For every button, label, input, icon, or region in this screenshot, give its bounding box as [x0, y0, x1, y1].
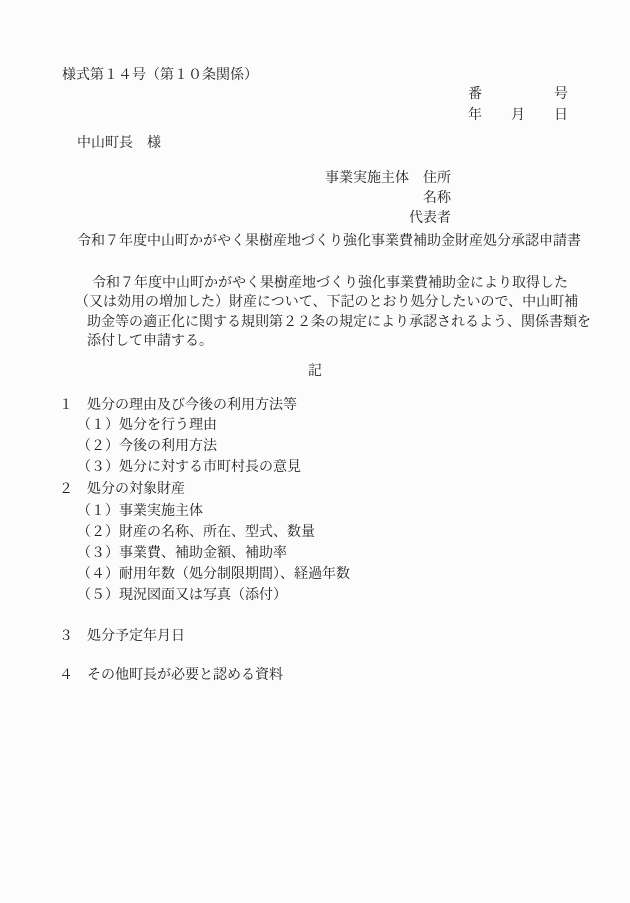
- body-paragraph-line: （又は効用の増加した）財産について、下記のとおり処分したいので、中山町補: [75, 294, 578, 312]
- list-item: ３ 処分予定年月日: [59, 628, 185, 646]
- body-paragraph-line: 令和７年度中山町かがやく果樹産地づくり強化事業費補助金により取得した: [78, 275, 568, 293]
- document-title: 令和７年度中山町かがやく果樹産地づくり強化事業費補助金財産処分承認申請書: [77, 233, 581, 251]
- reference-number-prefix: 番: [468, 86, 482, 104]
- list-item: ４ その他町長が必要と認める資料: [59, 667, 283, 685]
- list-subitem: （３）処分に対する市町村長の意見: [77, 459, 301, 477]
- document-page: 様式第１４号（第１０条関係） 番 号 年 月 日 中山町長 様 事業実施主体 住…: [0, 0, 630, 903]
- list-subitem: （１）処分を行う理由: [77, 417, 217, 435]
- body-paragraph-line: 添付して申請する。: [87, 333, 213, 351]
- reference-number-suffix: 号: [554, 86, 568, 104]
- applicant-representative-line: 代表者: [409, 210, 451, 228]
- applicant-name-line: 名称: [423, 190, 451, 208]
- list-subitem: （２）今後の利用方法: [77, 438, 217, 456]
- date-day-label: 日: [554, 107, 568, 125]
- form-number: 様式第１４号（第１０条関係）: [62, 67, 258, 85]
- date-month-label: 月: [511, 107, 525, 125]
- reference-number-row: 番 号: [468, 86, 568, 104]
- applicant-address-line: 事業実施主体 住所: [325, 170, 451, 188]
- list-subitem: （４）耐用年数（処分制限期間）、経過年数: [77, 566, 350, 584]
- list-subitem: （１）事業実施主体: [77, 503, 203, 521]
- list-item: １ 処分の理由及び今後の利用方法等: [59, 397, 297, 415]
- addressee: 中山町長 様: [77, 135, 161, 153]
- record-marker: 記: [0, 363, 630, 381]
- list-subitem: （２）財産の名称、所在、型式、数量: [77, 524, 315, 542]
- list-subitem: （５）現況図面又は写真（添付）: [77, 587, 287, 605]
- date-year-label: 年: [468, 107, 482, 125]
- list-subitem: （３）事業費、補助金額、補助率: [77, 545, 287, 563]
- list-item: ２ 処分の対象財産: [59, 481, 185, 499]
- date-row: 年 月 日: [468, 107, 568, 125]
- body-paragraph-line: 助金等の適正化に関する規則第２２条の規定により承認されるよう、関係書類を: [87, 314, 591, 332]
